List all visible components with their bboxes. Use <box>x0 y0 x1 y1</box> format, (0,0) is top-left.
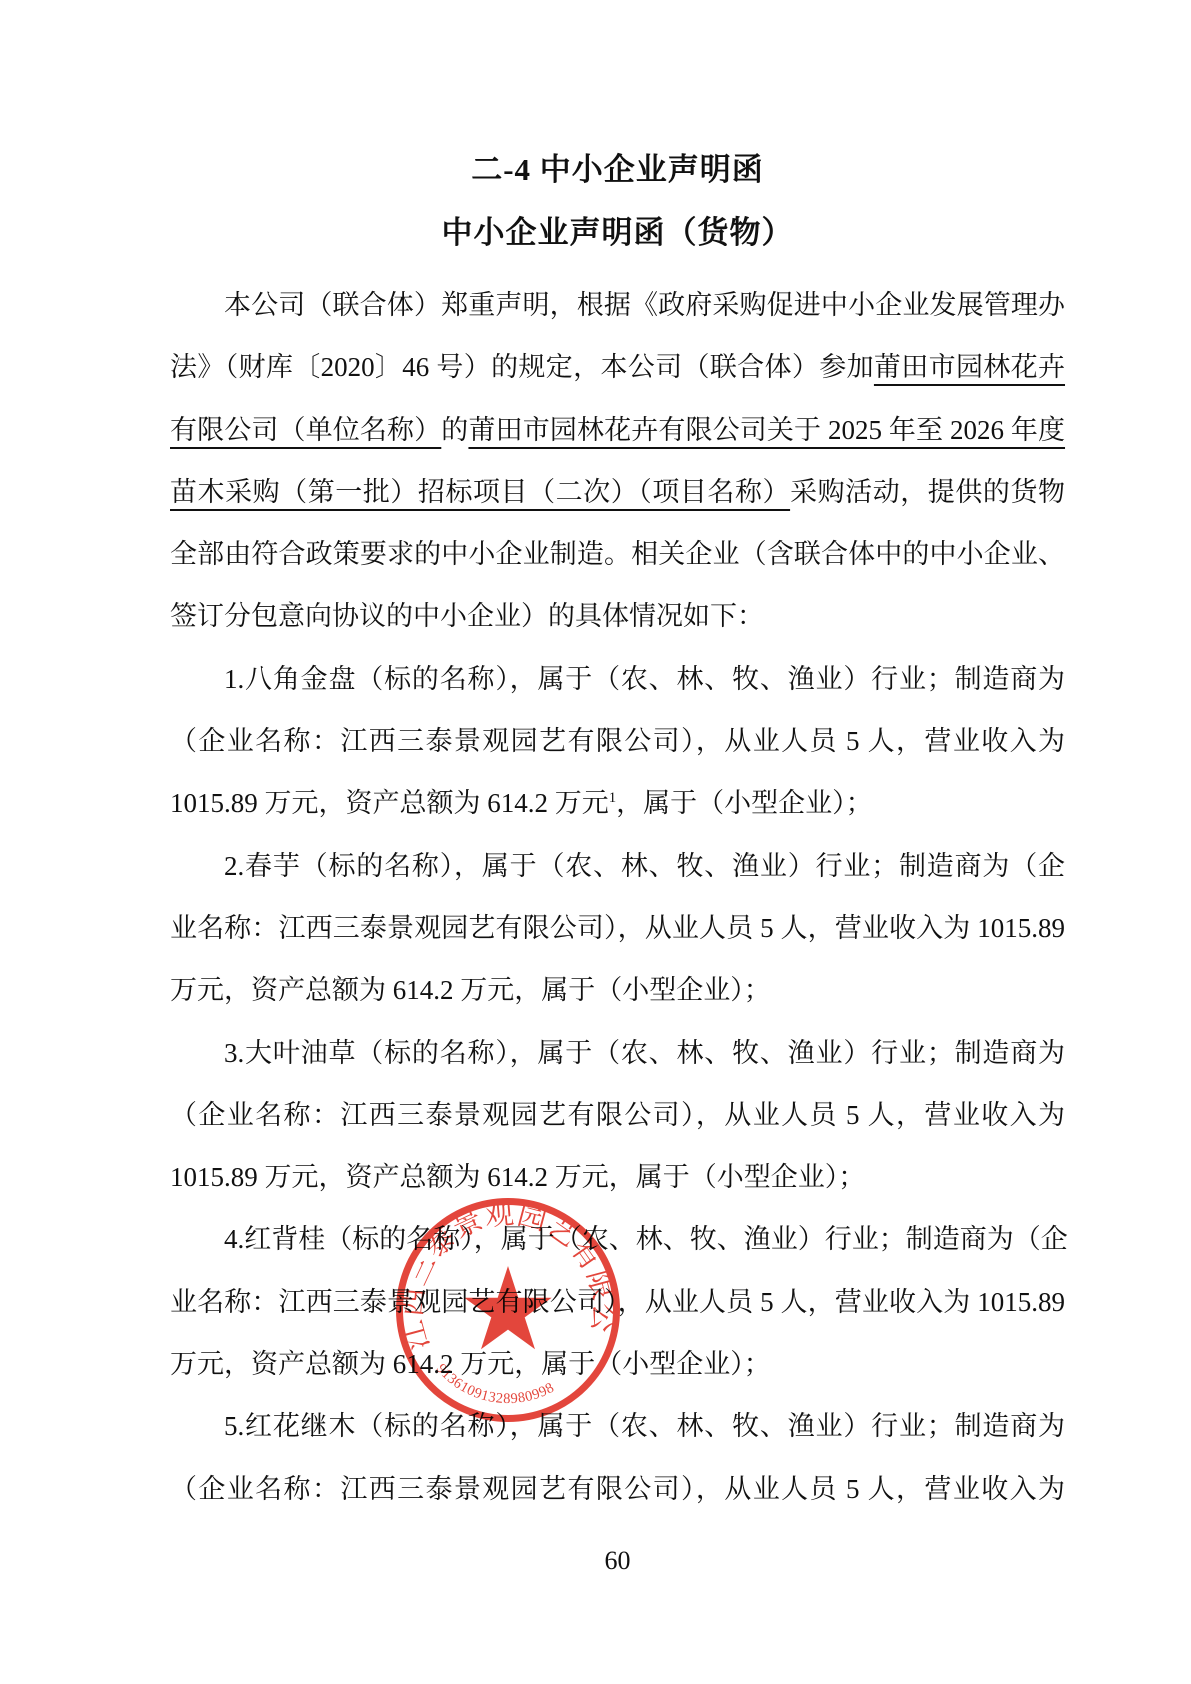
body-line: 有限公司（单位名称）的莆田市园林花卉有限公司关于 2025 年至 2026 年度 <box>170 399 1065 461</box>
body-line: （企业名称：江西三泰景观园艺有限公司），从业人员 5 人，营业收入为 <box>170 1084 1065 1146</box>
body-text: （企业名称：江西三泰景观园艺有限公司），从业人员 5 人，营业收入为 <box>170 1100 1065 1130</box>
body-text: 本公司（联合体）郑重声明，根据《政府采购促进中小企业发展管理办 <box>224 290 1065 320</box>
body-line: 业名称：江西三泰景观园艺有限公司），从业人员 5 人，营业收入为 1015.89 <box>170 1271 1065 1333</box>
body-line: 苗木采购（第一批）招标项目（二次）（项目名称）采购活动，提供的货物 <box>170 461 1065 523</box>
body-line: 万元，资产总额为 614.2 万元，属于（小型企业）； <box>170 959 1065 1021</box>
body-text: ，属于（小型企业）； <box>616 788 873 818</box>
body-text: 业名称：江西三泰景观园艺有限公司），从业人员 5 人，营业收入为 1015.89 <box>170 913 1065 943</box>
body-text: （企业名称：江西三泰景观园艺有限公司），从业人员 5 人，营业收入为 <box>170 726 1065 756</box>
underlined-text: 莆田市园林花卉有限公司关于 2025 年至 2026 年度 <box>468 415 1065 445</box>
underlined-text: 苗木采购（第一批）招标项目（二次）（项目名称） <box>170 477 790 507</box>
body-text: 3.大叶油草（标的名称），属于（农、林、牧、渔业）行业；制造商为 <box>224 1038 1065 1068</box>
body-text: 4.红背桂（标的名称），属于（农、林、牧、渔业）行业；制造商为（企 <box>224 1224 1068 1254</box>
body-text: （企业名称：江西三泰景观园艺有限公司），从业人员 5 人，营业收入为 <box>170 1474 1065 1504</box>
document-title: 二-4 中小企业声明函 <box>170 148 1065 192</box>
body-line: 万元，资产总额为 614.2 万元，属于（小型企业）； <box>170 1333 1065 1395</box>
body-line: 2.春芋（标的名称），属于（农、林、牧、渔业）行业；制造商为（企 <box>170 835 1065 897</box>
body-line: 1015.89 万元，资产总额为 614.2 万元1，属于（小型企业）； <box>170 772 1065 834</box>
underlined-text: 有限公司（单位名称） <box>170 415 441 445</box>
body-text: 1.八角金盘（标的名称），属于（农、林、牧、渔业）行业；制造商为 <box>224 664 1065 694</box>
body-line: 本公司（联合体）郑重声明，根据《政府采购促进中小企业发展管理办 <box>170 274 1065 336</box>
body-line: 3.大叶油草（标的名称），属于（农、林、牧、渔业）行业；制造商为 <box>170 1022 1065 1084</box>
body-text: 2.春芋（标的名称），属于（农、林、牧、渔业）行业；制造商为（企 <box>224 851 1065 881</box>
body-line: （企业名称：江西三泰景观园艺有限公司），从业人员 5 人，营业收入为 <box>170 1458 1065 1520</box>
body-line: 4.红背桂（标的名称），属于（农、林、牧、渔业）行业；制造商为（企 <box>170 1208 1065 1270</box>
body-line: （企业名称：江西三泰景观园艺有限公司），从业人员 5 人，营业收入为 <box>170 710 1065 772</box>
body-text: 法》（财库〔2020〕46 号）的规定，本公司（联合体）参加 <box>170 352 874 382</box>
body-text: 全部由符合政策要求的中小企业制造。相关企业（含联合体中的中小企业、 <box>170 539 1065 569</box>
body-line: 1015.89 万元，资产总额为 614.2 万元，属于（小型企业）； <box>170 1146 1065 1208</box>
body-text: 万元，资产总额为 614.2 万元，属于（小型企业）； <box>170 975 771 1005</box>
body-line: 1.八角金盘（标的名称），属于（农、林、牧、渔业）行业；制造商为 <box>170 648 1065 710</box>
body-line: 业名称：江西三泰景观园艺有限公司），从业人员 5 人，营业收入为 1015.89 <box>170 897 1065 959</box>
body-line: 全部由符合政策要求的中小企业制造。相关企业（含联合体中的中小企业、 <box>170 523 1065 585</box>
body-line: 签订分包意向协议的中小企业）的具体情况如下： <box>170 585 1065 647</box>
body-text: 的 <box>441 415 468 445</box>
body-text: 业名称：江西三泰景观园艺有限公司），从业人员 5 人，营业收入为 1015.89 <box>170 1287 1065 1317</box>
body-line: 法》（财库〔2020〕46 号）的规定，本公司（联合体）参加莆田市园林花卉 <box>170 336 1065 398</box>
underlined-text: 莆田市园林花卉 <box>874 352 1065 382</box>
body-text: 万元，资产总额为 614.2 万元，属于（小型企业）； <box>170 1349 771 1379</box>
body-line: 5.红花继木（标的名称），属于（农、林、牧、渔业）行业；制造商为 <box>170 1395 1065 1457</box>
document-page: 二-4 中小企业声明函 中小企业声明函（货物） 本公司（联合体）郑重声明，根据《… <box>0 0 1191 1684</box>
body-text: 1015.89 万元，资产总额为 614.2 万元，属于（小型企业）； <box>170 1162 865 1192</box>
body-text: 签订分包意向协议的中小企业）的具体情况如下： <box>170 601 764 631</box>
document-subtitle: 中小企业声明函（货物） <box>170 211 1065 255</box>
body-text: 1015.89 万元，资产总额为 614.2 万元 <box>170 788 609 818</box>
document-body: 本公司（联合体）郑重声明，根据《政府采购促进中小企业发展管理办法》（财库〔202… <box>170 274 1065 1520</box>
body-text: 5.红花继木（标的名称），属于（农、林、牧、渔业）行业；制造商为 <box>224 1411 1065 1441</box>
body-text: 采购活动，提供的货物 <box>790 477 1065 507</box>
page-number: 60 <box>170 1541 1065 1581</box>
